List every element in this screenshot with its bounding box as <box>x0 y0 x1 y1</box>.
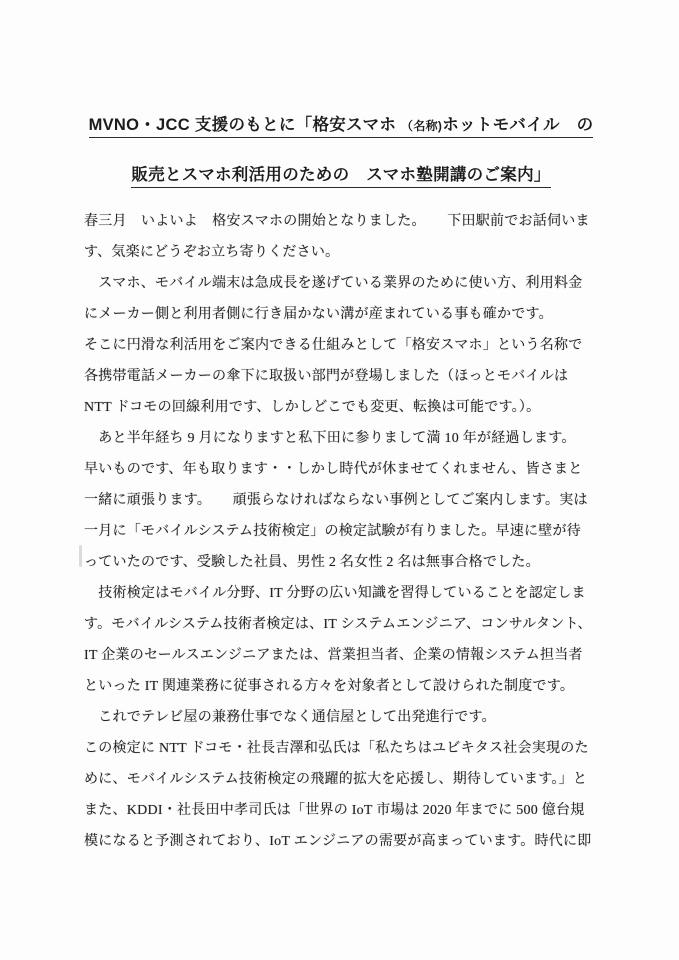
document-text-line: そこに円滑な利活用をご案内できる仕組みとして「格安スマホ」という名称で <box>84 330 604 361</box>
document-text-line: これでテレビ屋の兼務仕事でなく通信屋として出発進行です。 <box>84 702 604 733</box>
document-body: 春三月 いよいよ 格安スマホの開始となりました。 下田駅前でお話伺います、気楽に… <box>84 206 604 857</box>
document-text-line: 各携帯電話メーカーの傘下に取扱い部門が登場しました（ほっとモバイルは <box>84 361 604 392</box>
scan-smudge-artifact <box>79 545 82 567</box>
document-text-line: 模になると予測されており、IoT エンジニアの需要が高まっています。時代に即 <box>84 826 604 857</box>
document-text-line: 一緒に頑張ります。 頑張らなければならない事例としてご案内します。実は <box>84 485 604 516</box>
document-text-line: にメーカー側と利用者側に行き届かない溝が産まれている事も確かです。 <box>84 299 604 330</box>
document-text-line: 春三月 いよいよ 格安スマホの開始となりました。 下田駅前でお話伺いま <box>84 206 604 237</box>
document-text-line: 一月に「モバイルシステム技術検定」の検定試験が有りました。早速に壁が待 <box>84 516 604 547</box>
document-text-line: 技術検定はモバイル分野、IT 分野の広い知識を習得していることを認定しま <box>84 578 604 609</box>
document-text-line: す、気楽にどうぞお立ち寄りください。 <box>84 237 604 268</box>
document-title-line-2: 販売とスマホ利活用のための スマホ塾開講のご案内」 <box>84 153 598 203</box>
document-text-line: NTT ドコモの回線利用です、しかしどこでも変更、転換は可能です。）。 <box>84 392 604 423</box>
title-text: ホットモバイル の <box>442 116 593 134</box>
document-title-line-1: MVNO・JCC 支援のもとに「格安スマホ （名称)ホットモバイル の <box>84 103 598 153</box>
document-title: MVNO・JCC 支援のもとに「格安スマホ （名称)ホットモバイル の 販売とス… <box>84 103 598 203</box>
document-text-line: す。モバイルシステム技術者検定は、IT システムエンジニア、コンサルタント、 <box>84 609 604 640</box>
scanned-document-page: MVNO・JCC 支援のもとに「格安スマホ （名称)ホットモバイル の 販売とス… <box>0 0 679 960</box>
document-text-line: っていたのです、受験した社員、男性 2 名女性 2 名は無事合格でした。 <box>84 547 604 578</box>
document-text-line: あと半年経ち 9 月になりますと私下田に参りまして満 10 年が経過します。 <box>84 423 604 454</box>
document-text-line: 早いものです、年も取ります・・しかし時代が休ませてくれません、皆さまと <box>84 454 604 485</box>
document-text-line: また、KDDI・社長田中孝司氏は「世界の IoT 市場は 2020 年までに 5… <box>84 795 604 826</box>
document-text-line: スマホ、モバイル端末は急成長を遂げている業界のために使い方、利用料金 <box>84 268 604 299</box>
document-text-line: めに、モバイルシステム技術検定の飛躍的拡大を応援し、期待しています。」と <box>84 764 604 795</box>
document-text-line: IT 企業のセールスエンジニアまたは、営業担当者、企業の情報システム担当者 <box>84 640 604 671</box>
title-text: MVNO・JCC 支援のもとに「格安スマホ <box>89 116 401 134</box>
document-text-line: といった IT 関連業務に従事される方々を対象者として設けられた制度です。 <box>84 671 604 702</box>
title-text: 販売とスマホ利活用のための スマホ塾開講のご案内」 <box>131 166 550 188</box>
title-name-annotation: （名称) <box>401 119 442 133</box>
document-text-line: この検定に NTT ドコモ・社長吉澤和弘氏は「私たちはユビキタス社会実現のた <box>84 733 604 764</box>
